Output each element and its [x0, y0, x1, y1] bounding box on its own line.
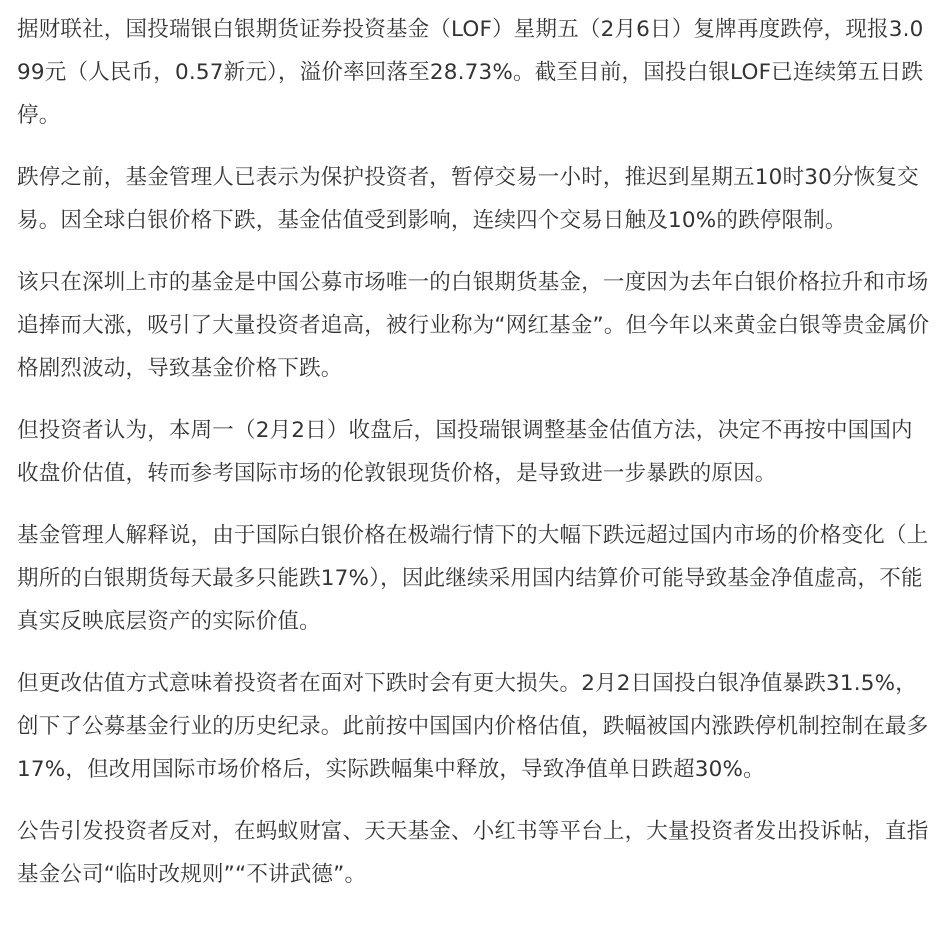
paragraph-2: 跌停之前，基金管理人已表示为保护投资者，暂停交易一小时，推迟到星期五10时30分…	[17, 156, 932, 242]
paragraph-6: 但更改估值方式意味着投资者在面对下跌时会有更大损失。2月2日国投白银净值暴跌31…	[17, 662, 932, 791]
paragraph-4: 但投资者认为，本周一（2月2日）收盘后，国投瑞银调整基金估值方法，决定不再按中国…	[17, 409, 932, 495]
paragraph-5: 基金管理人解释说，由于国际白银价格在极端行情下的大幅下跌远超过国内市场的价格变化…	[17, 514, 932, 643]
article-body: 据财联社，国投瑞银白银期货证券投资基金（LOF）星期五（2月6日）复牌再度跌停，…	[0, 0, 949, 896]
paragraph-3: 该只在深圳上市的基金是中国公募市场唯一的白银期货基金，一度因为去年白银价格拉升和…	[17, 261, 932, 390]
paragraph-7: 公告引发投资者反对，在蚂蚁财富、天天基金、小红书等平台上，大量投资者发出投诉帖，…	[17, 810, 932, 896]
paragraph-1: 据财联社，国投瑞银白银期货证券投资基金（LOF）星期五（2月6日）复牌再度跌停，…	[17, 8, 932, 137]
